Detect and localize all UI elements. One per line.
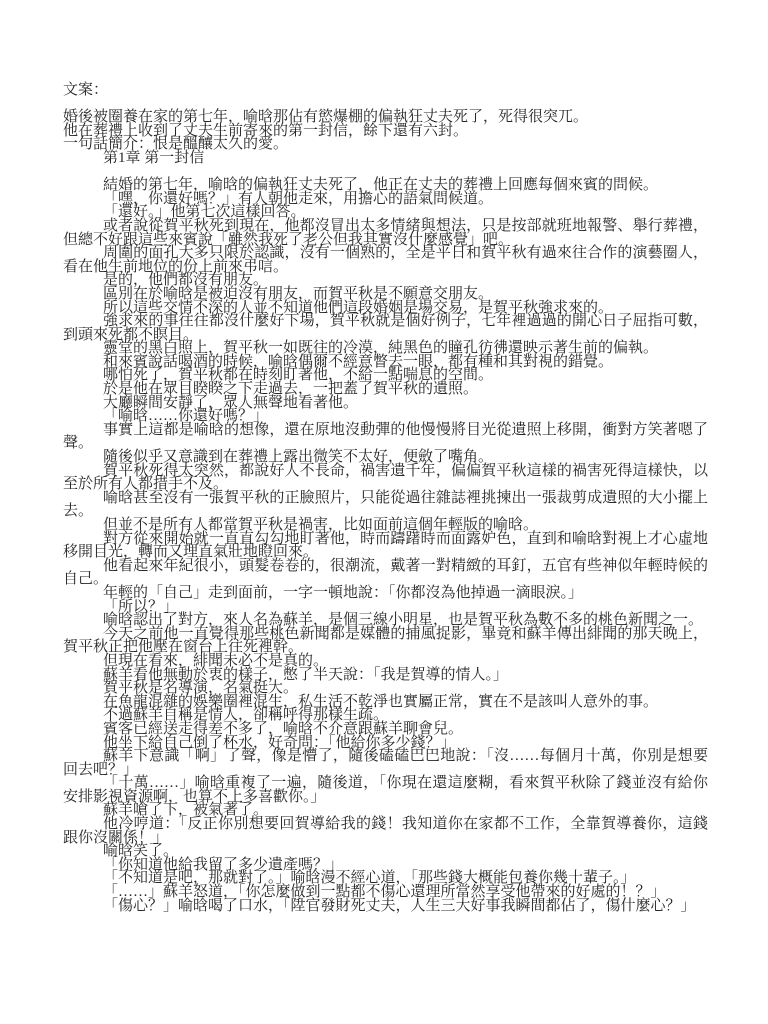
paragraph: 或者說從賀平秋死到現在，他都沒冒出太多情緒與想法，只是按部就班地報警、舉行葬禮，… (63, 220, 708, 247)
paragraph: 「十萬……」喻晗重複了一遍，隨後道，「你現在還這麼糊，看來賀平秋除了錢並沒有給你… (63, 777, 708, 804)
chapter-title: 第1章 第一封信 (63, 152, 708, 166)
paragraph: 喻晗甚至沒有一張賀平秋的正臉照片，只能從過往雜誌裡挑揀出一張裁剪成遺照的大小擺上… (63, 492, 708, 519)
chapter-body: 結婚的第七年，喻晗的偏執狂丈夫死了，他正在丈夫的葬禮上回應每個來賓的問候。「嘿，… (63, 179, 708, 913)
paragraph: 「傷心？」喻晗喝了口水，「陞官發財死丈夫，人生三大好事我瞬間都佔了，傷什麼心？」 (63, 900, 708, 914)
synopsis-block: 婚後被圈養在家的第七年，喻晗那佔有慾爆棚的偏執狂丈夫死了，死得很突兀。他在葬禮上… (63, 111, 708, 138)
paragraph: 他冷哼道：「反正你別想要回賀導給我的錢！我知道你在家都不工作，全靠賀導養你，這錢… (63, 818, 708, 845)
paragraph: 事實上這都是喻晗的想像，還在原地沒動彈的他慢慢將目光從遺照上移開，衝對方笑著嗯了… (63, 424, 708, 451)
paragraph: 對方從來開始就一直直勾勾地盯著他，時而躊躇時而面露妒色，直到和喻晗對視上才心虛地… (63, 533, 708, 560)
paragraph: 周圍的面孔大多只限於認識，沒有一個熟的，全是平日和賀平秋有過來往合作的演藝圈人，… (63, 247, 708, 274)
paragraph: 他看起來年紀很小，頭髮卷卷的，很潮流，戴著一對精緻的耳釘，五官有些神似年輕時候的… (63, 560, 708, 587)
document-page: 文案： 婚後被圈養在家的第七年，喻晗那佔有慾爆棚的偏執狂丈夫死了，死得很突兀。他… (0, 0, 768, 1024)
paragraph: 蘇羊下意識「啊」了聲，像是懵了，隨後磕磕巴巴地說：「沒……每個月十萬，你別是想要… (63, 750, 708, 777)
paragraph: 強求來的事往往都沒什麼好下場，賀平秋就是個好例子，七年裡過過的開心日子屈指可數，… (63, 315, 708, 342)
document-content: 文案： 婚後被圈養在家的第七年，喻晗那佔有慾爆棚的偏執狂丈夫死了，死得很突兀。他… (63, 84, 708, 913)
paragraph: 今天之前他一直覺得那些桃色新聞都是媒體的捕風捉影，畢竟和蘇羊傳出緋聞的那天晚上，… (63, 628, 708, 655)
paragraph: 賀平秋死得太突然，都說好人不長命，禍害遺千年，偏偏賀平秋這樣的禍害死得這樣快，以… (63, 465, 708, 492)
synopsis-label: 文案： (63, 84, 708, 98)
